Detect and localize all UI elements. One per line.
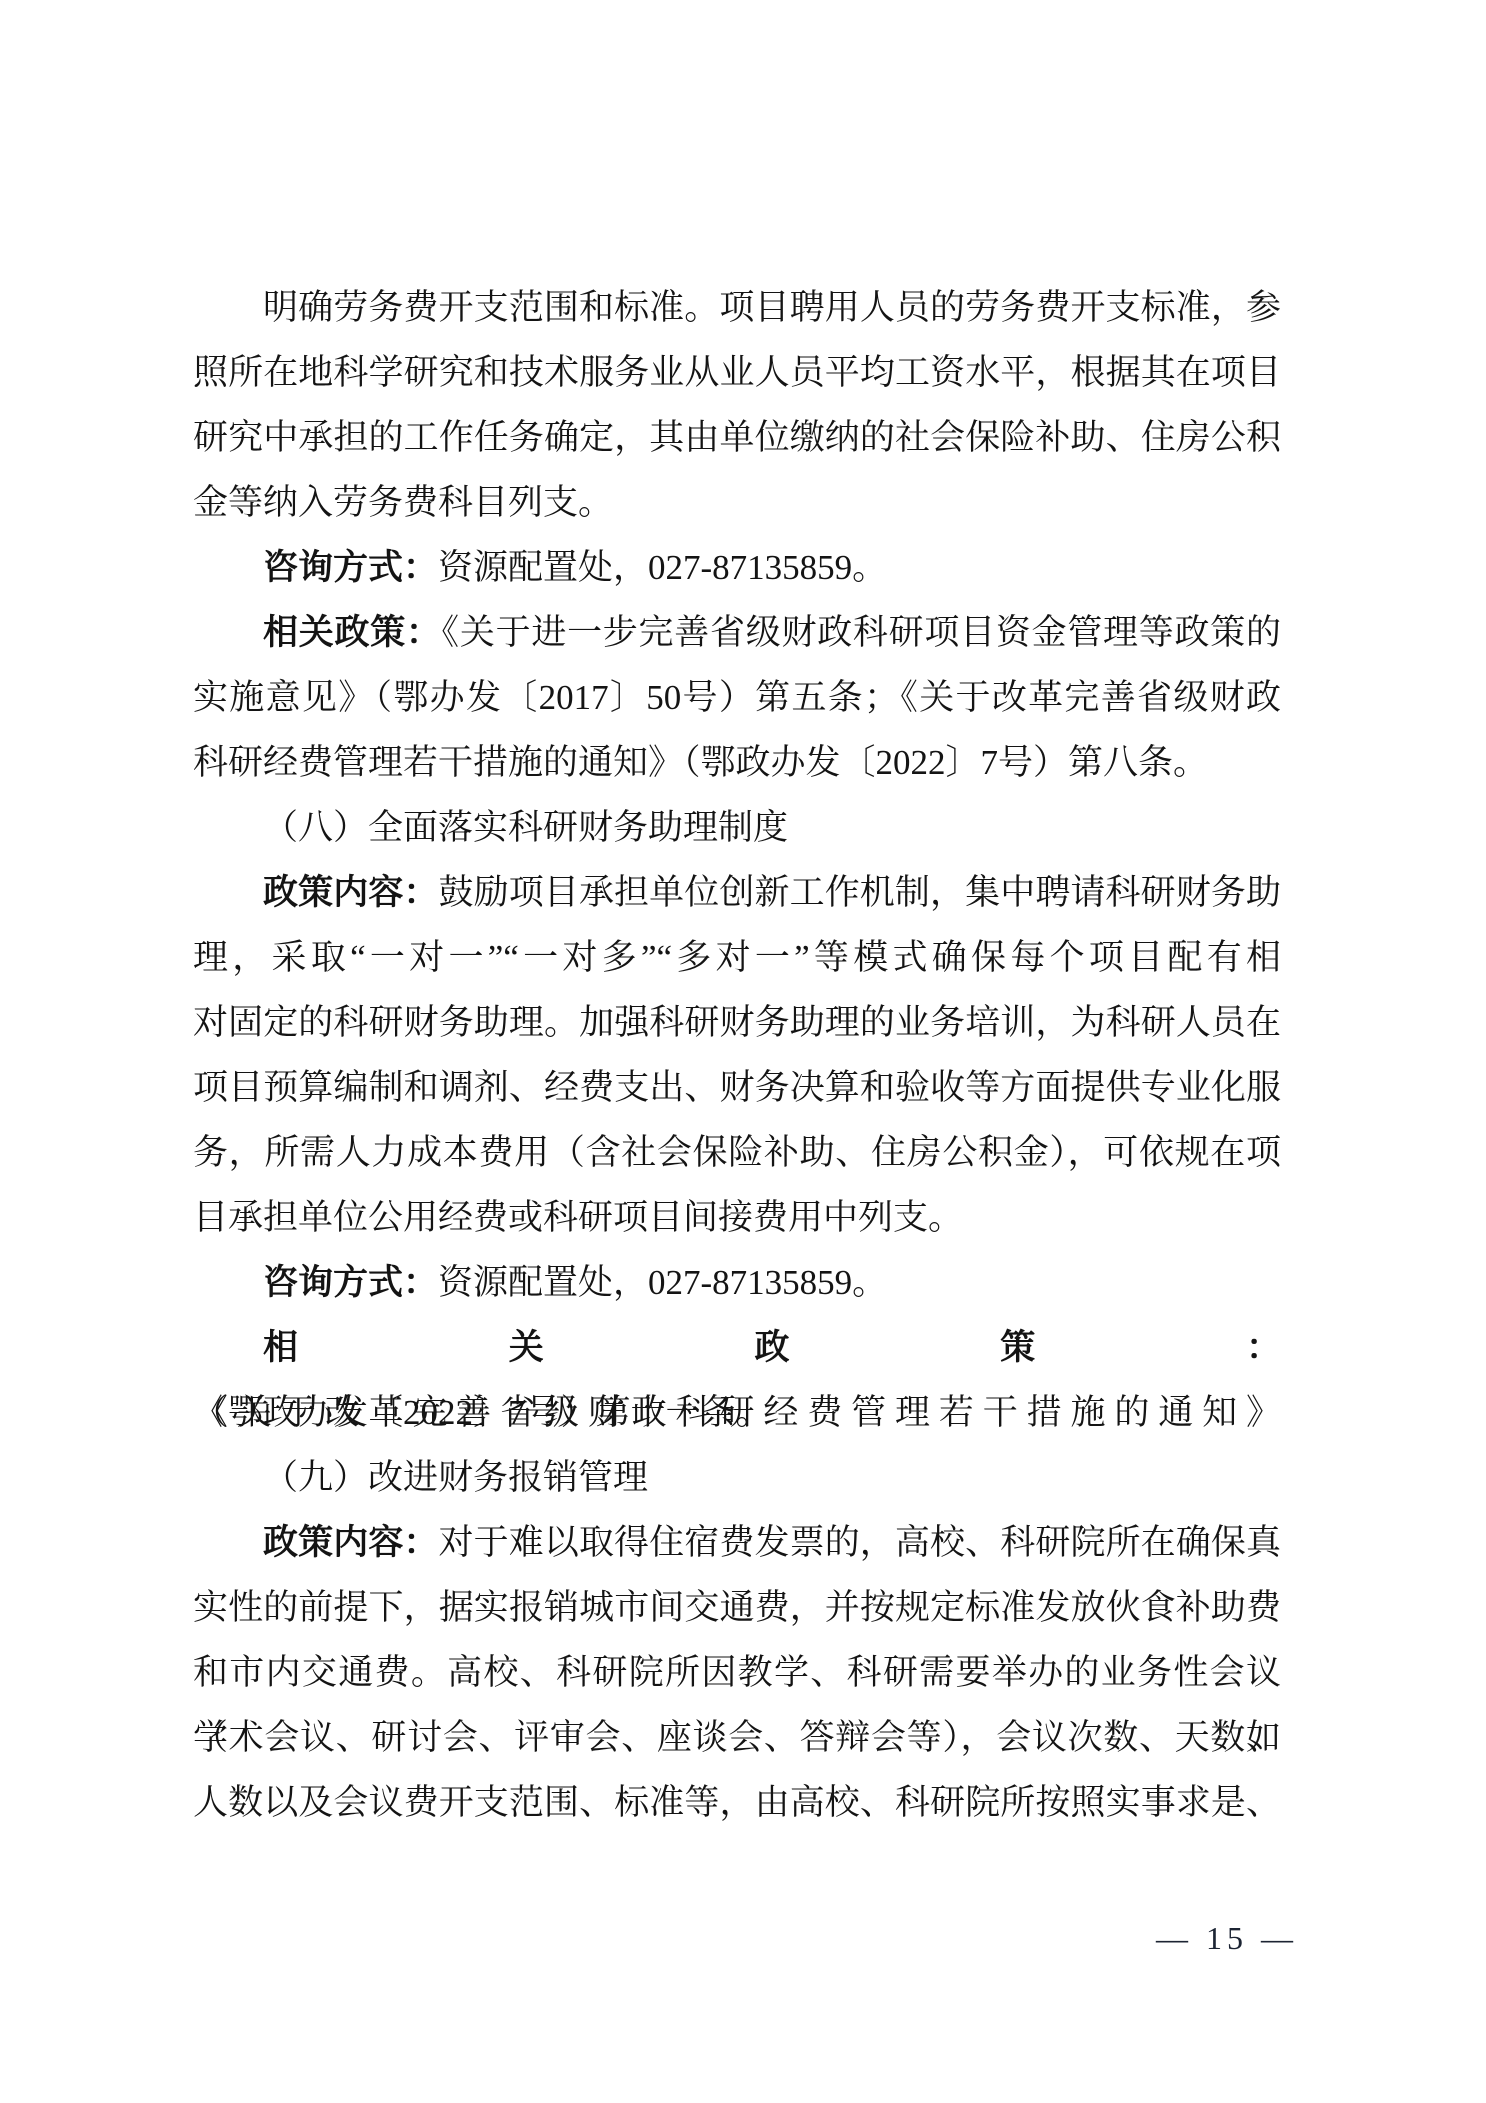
body-text: 《关于进一步完善省级财政科研项目资金管理等政策的 — [442, 613, 1281, 652]
text-line: 务，所需人力成本费用（含社会保险补助、住房公积金），可依规在项 — [193, 1120, 1281, 1185]
text-line: 项目预算编制和调剂、经费支出、财务决算和验收等方面提供专业化服 — [193, 1055, 1281, 1120]
body-text: 对固定的科研财务助理。加强科研财务助理的业务培训，为科研人员在 — [193, 1003, 1281, 1042]
body-text: 资源配置处，027-87135859。 — [438, 548, 887, 587]
body-text: 研究中承担的工作任务确定，其由单位缴纳的社会保险补助、住房公积 — [193, 418, 1281, 457]
body-text: 照所在地科学研究和技术服务业从业人员平均工资水平，根据其在项目 — [193, 353, 1281, 392]
text-line: 目承担单位公用经费或科研项目间接费用中列支。 — [193, 1185, 1281, 1250]
page-number: — 15 — — [1156, 1918, 1298, 1958]
text-line: 实施意见》（鄂办发〔2017〕50号）第五条；《关于改革完善省级财政 — [193, 665, 1281, 730]
text-line: 明确劳务费开支范围和标准。项目聘用人员的劳务费开支标准，参 — [193, 275, 1281, 340]
text-line: 和市内交通费。高校、科研院所因教学、科研需要举办的业务性会议（如 — [193, 1640, 1281, 1705]
text-line: 相关政策：《关于进一步完善省级财政科研项目资金管理等政策的 — [193, 600, 1281, 665]
text-line: （九）改进财务报销管理 — [193, 1445, 1281, 1510]
text-line: 学术会议、研讨会、评审会、座谈会、答辩会等），会议次数、天数、 — [193, 1705, 1281, 1770]
bold-label: 政策内容： — [263, 873, 439, 912]
text-line: 对固定的科研财务助理。加强科研财务助理的业务培训，为科研人员在 — [193, 990, 1281, 1055]
body-text: （八）全面落实科研财务助理制度 — [263, 808, 788, 847]
text-line: 相关政策：《关于改革完善省级财政科研经费管理若干措施的通知》 — [193, 1315, 1281, 1380]
text-line: 研究中承担的工作任务确定，其由单位缴纳的社会保险补助、住房公积 — [193, 405, 1281, 470]
body-text: 金等纳入劳务费科目列支。 — [193, 483, 613, 522]
body-text: 目承担单位公用经费或科研项目间接费用中列支。 — [193, 1198, 963, 1237]
text-line: 金等纳入劳务费科目列支。 — [193, 470, 1281, 535]
bold-label: 咨询方式： — [263, 548, 438, 587]
text-line: 理，采取“一对一”“一对多”“多对一”等模式确保每个项目配有相 — [193, 925, 1281, 990]
bold-label: 咨询方式： — [263, 1263, 438, 1302]
text-line: 政策内容：鼓励项目承担单位创新工作机制，集中聘请科研财务助 — [193, 860, 1281, 925]
body-text: 理，采取“一对一”“一对多”“多对一”等模式确保每个项目配有相 — [193, 938, 1281, 977]
body-text: 对于难以取得住宿费发票的，高校、科研院所在确保真 — [439, 1523, 1281, 1562]
body-text: 务，所需人力成本费用（含社会保险补助、住房公积金），可依规在项 — [193, 1133, 1281, 1172]
text-line: 咨询方式：资源配置处，027-87135859。 — [193, 535, 1281, 600]
body-text: 科研经费管理若干措施的通知》（鄂政办发〔2022〕7号）第八条。 — [193, 743, 1208, 782]
text-line: （八）全面落实科研财务助理制度 — [193, 795, 1281, 860]
page-number-text: — 15 — — [1156, 1920, 1298, 1956]
document-page: 明确劳务费开支范围和标准。项目聘用人员的劳务费开支标准，参照所在地科学研究和技术… — [0, 0, 1486, 2103]
text-line: 政策内容：对于难以取得住宿费发票的，高校、科研院所在确保真 — [193, 1510, 1281, 1575]
body-text: 项目预算编制和调剂、经费支出、财务决算和验收等方面提供专业化服 — [193, 1068, 1281, 1107]
bold-label: 政策内容： — [263, 1523, 439, 1562]
text-line: 科研经费管理若干措施的通知》（鄂政办发〔2022〕7号）第八条。 — [193, 730, 1281, 795]
body-text: 实性的前提下，据实报销城市间交通费，并按规定标准发放伙食补助费 — [193, 1588, 1281, 1627]
body-text: 实施意见》（鄂办发〔2017〕50号）第五条；《关于改革完善省级财政 — [193, 678, 1281, 717]
body-text: 学术会议、研讨会、评审会、座谈会、答辩会等），会议次数、天数、 — [193, 1718, 1281, 1757]
body-text: 鼓励项目承担单位创新工作机制，集中聘请科研财务助 — [439, 873, 1281, 912]
text-line: 实性的前提下，据实报销城市间交通费，并按规定标准发放伙食补助费 — [193, 1575, 1281, 1640]
body-text: 明确劳务费开支范围和标准。项目聘用人员的劳务费开支标准，参 — [263, 288, 1281, 327]
body-text: 人数以及会议费开支范围、标准等，由高校、科研院所按照实事求是、 — [193, 1783, 1281, 1822]
text-line: 咨询方式：资源配置处，027-87135859。 — [193, 1250, 1281, 1315]
body-text: （九）改进财务报销管理 — [263, 1458, 648, 1497]
text-line: 照所在地科学研究和技术服务业从业人员平均工资水平，根据其在项目 — [193, 340, 1281, 405]
bold-label: 相关政策： — [263, 613, 442, 652]
document-body: 明确劳务费开支范围和标准。项目聘用人员的劳务费开支标准，参照所在地科学研究和技术… — [193, 275, 1281, 1835]
bold-label: 相关政策： — [263, 1328, 1281, 1367]
body-text: （鄂政办发〔2022〕7号）第十一条。 — [193, 1393, 771, 1432]
body-text: 资源配置处，027-87135859。 — [438, 1263, 887, 1302]
text-line: 人数以及会议费开支范围、标准等，由高校、科研院所按照实事求是、 — [193, 1770, 1281, 1835]
